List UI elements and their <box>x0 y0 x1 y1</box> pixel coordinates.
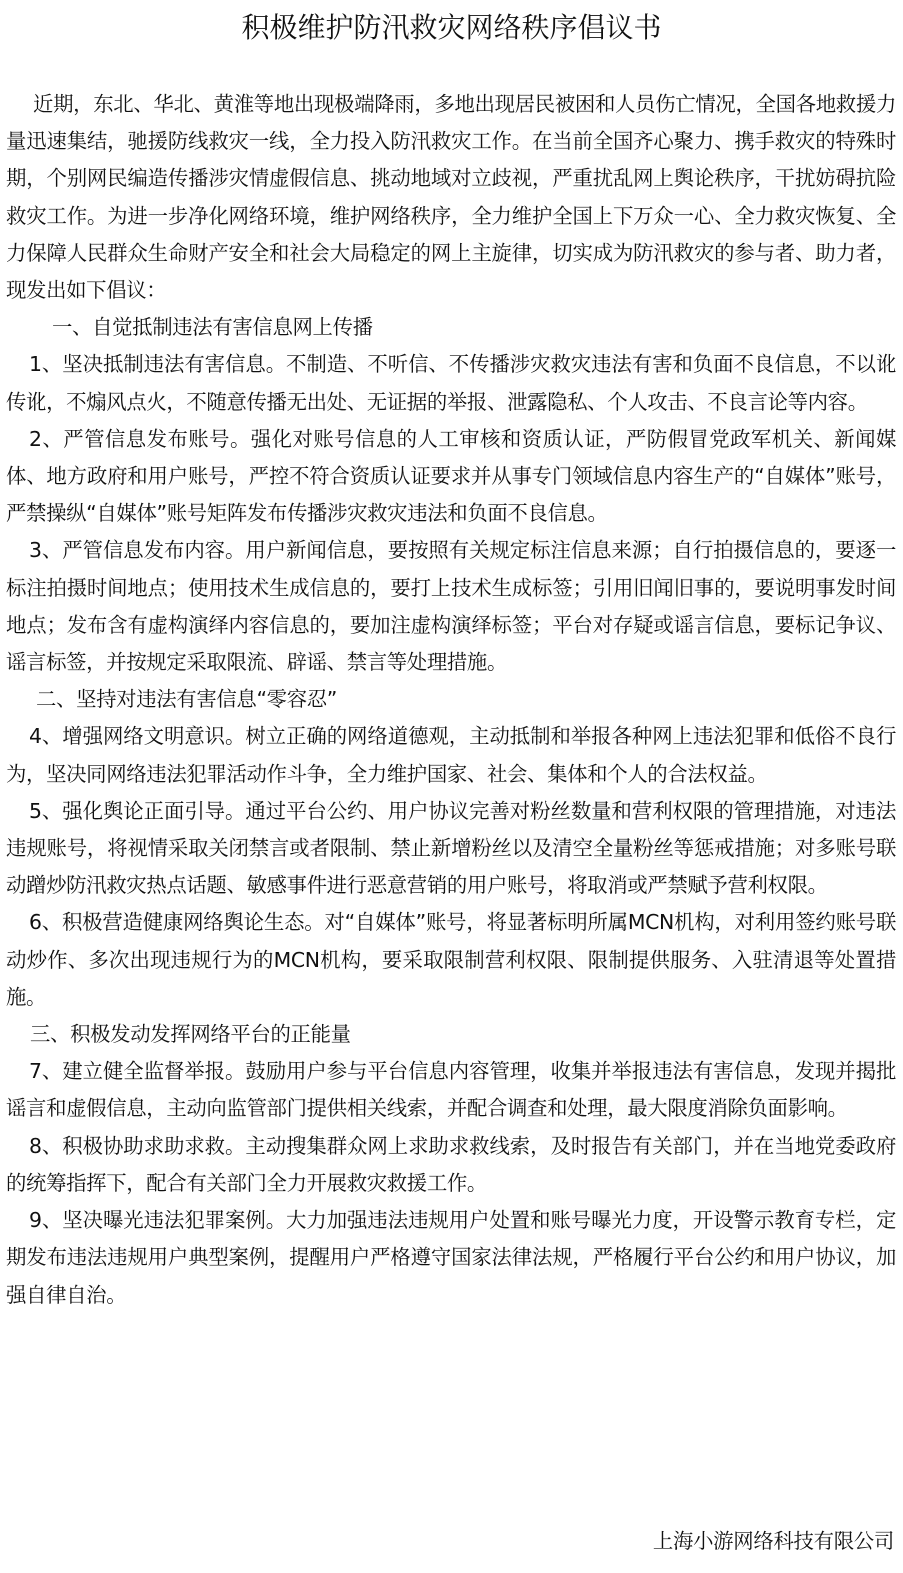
document-title: 积极维护防汛救灾网络秩序倡议书 <box>0 8 903 48</box>
section-heading-3: 三、积极发动发挥网络平台的正能量 <box>6 1016 896 1053</box>
list-item: 5、强化舆论正面引导。通过平台公约、用户协议完善对粉丝数量和营利权限的管理措施，… <box>6 793 896 905</box>
list-item: 9、坚决曝光违法犯罪案例。大力加强违法违规用户处置和账号曝光力度，开设警示教育专… <box>6 1202 896 1314</box>
document-body: 近期，东北、华北、黄淮等地出现极端降雨，多地出现居民被困和人员伤亡情况，全国各地… <box>6 86 896 1314</box>
list-item: 6、积极营造健康网络舆论生态。对“自媒体”账号，将显著标明所属MCN机构，对利用… <box>6 904 896 1016</box>
list-item: 4、增强网络文明意识。树立正确的网络道德观，主动抵制和举报各种网上违法犯罪和低俗… <box>6 718 896 792</box>
section-heading-1: 一、自觉抵制违法有害信息网上传播 <box>6 309 896 346</box>
list-item: 8、积极协助求助求救。主动搜集群众网上求助求救线索，及时报告有关部门，并在当地党… <box>6 1128 896 1202</box>
list-item: 7、建立健全监督举报。鼓励用户参与平台信息内容管理，收集并举报违法有害信息，发现… <box>6 1053 896 1127</box>
signature: 上海小游网络科技有限公司 <box>653 1524 894 1558</box>
intro-paragraph: 近期，东北、华北、黄淮等地出现极端降雨，多地出现居民被困和人员伤亡情况，全国各地… <box>6 86 896 309</box>
section-heading-2: 二、坚持对违法有害信息“零容忍” <box>6 681 896 718</box>
list-item: 1、坚决抵制违法有害信息。不制造、不听信、不传播涉灾救灾违法有害和负面不良信息，… <box>6 346 896 420</box>
list-item: 3、严管信息发布内容。用户新闻信息，要按照有关规定标注信息来源；自行拍摄信息的，… <box>6 532 896 681</box>
list-item: 2、严管信息发布账号。强化对账号信息的人工审核和资质认证，严防假冒党政军机关、新… <box>6 421 896 533</box>
